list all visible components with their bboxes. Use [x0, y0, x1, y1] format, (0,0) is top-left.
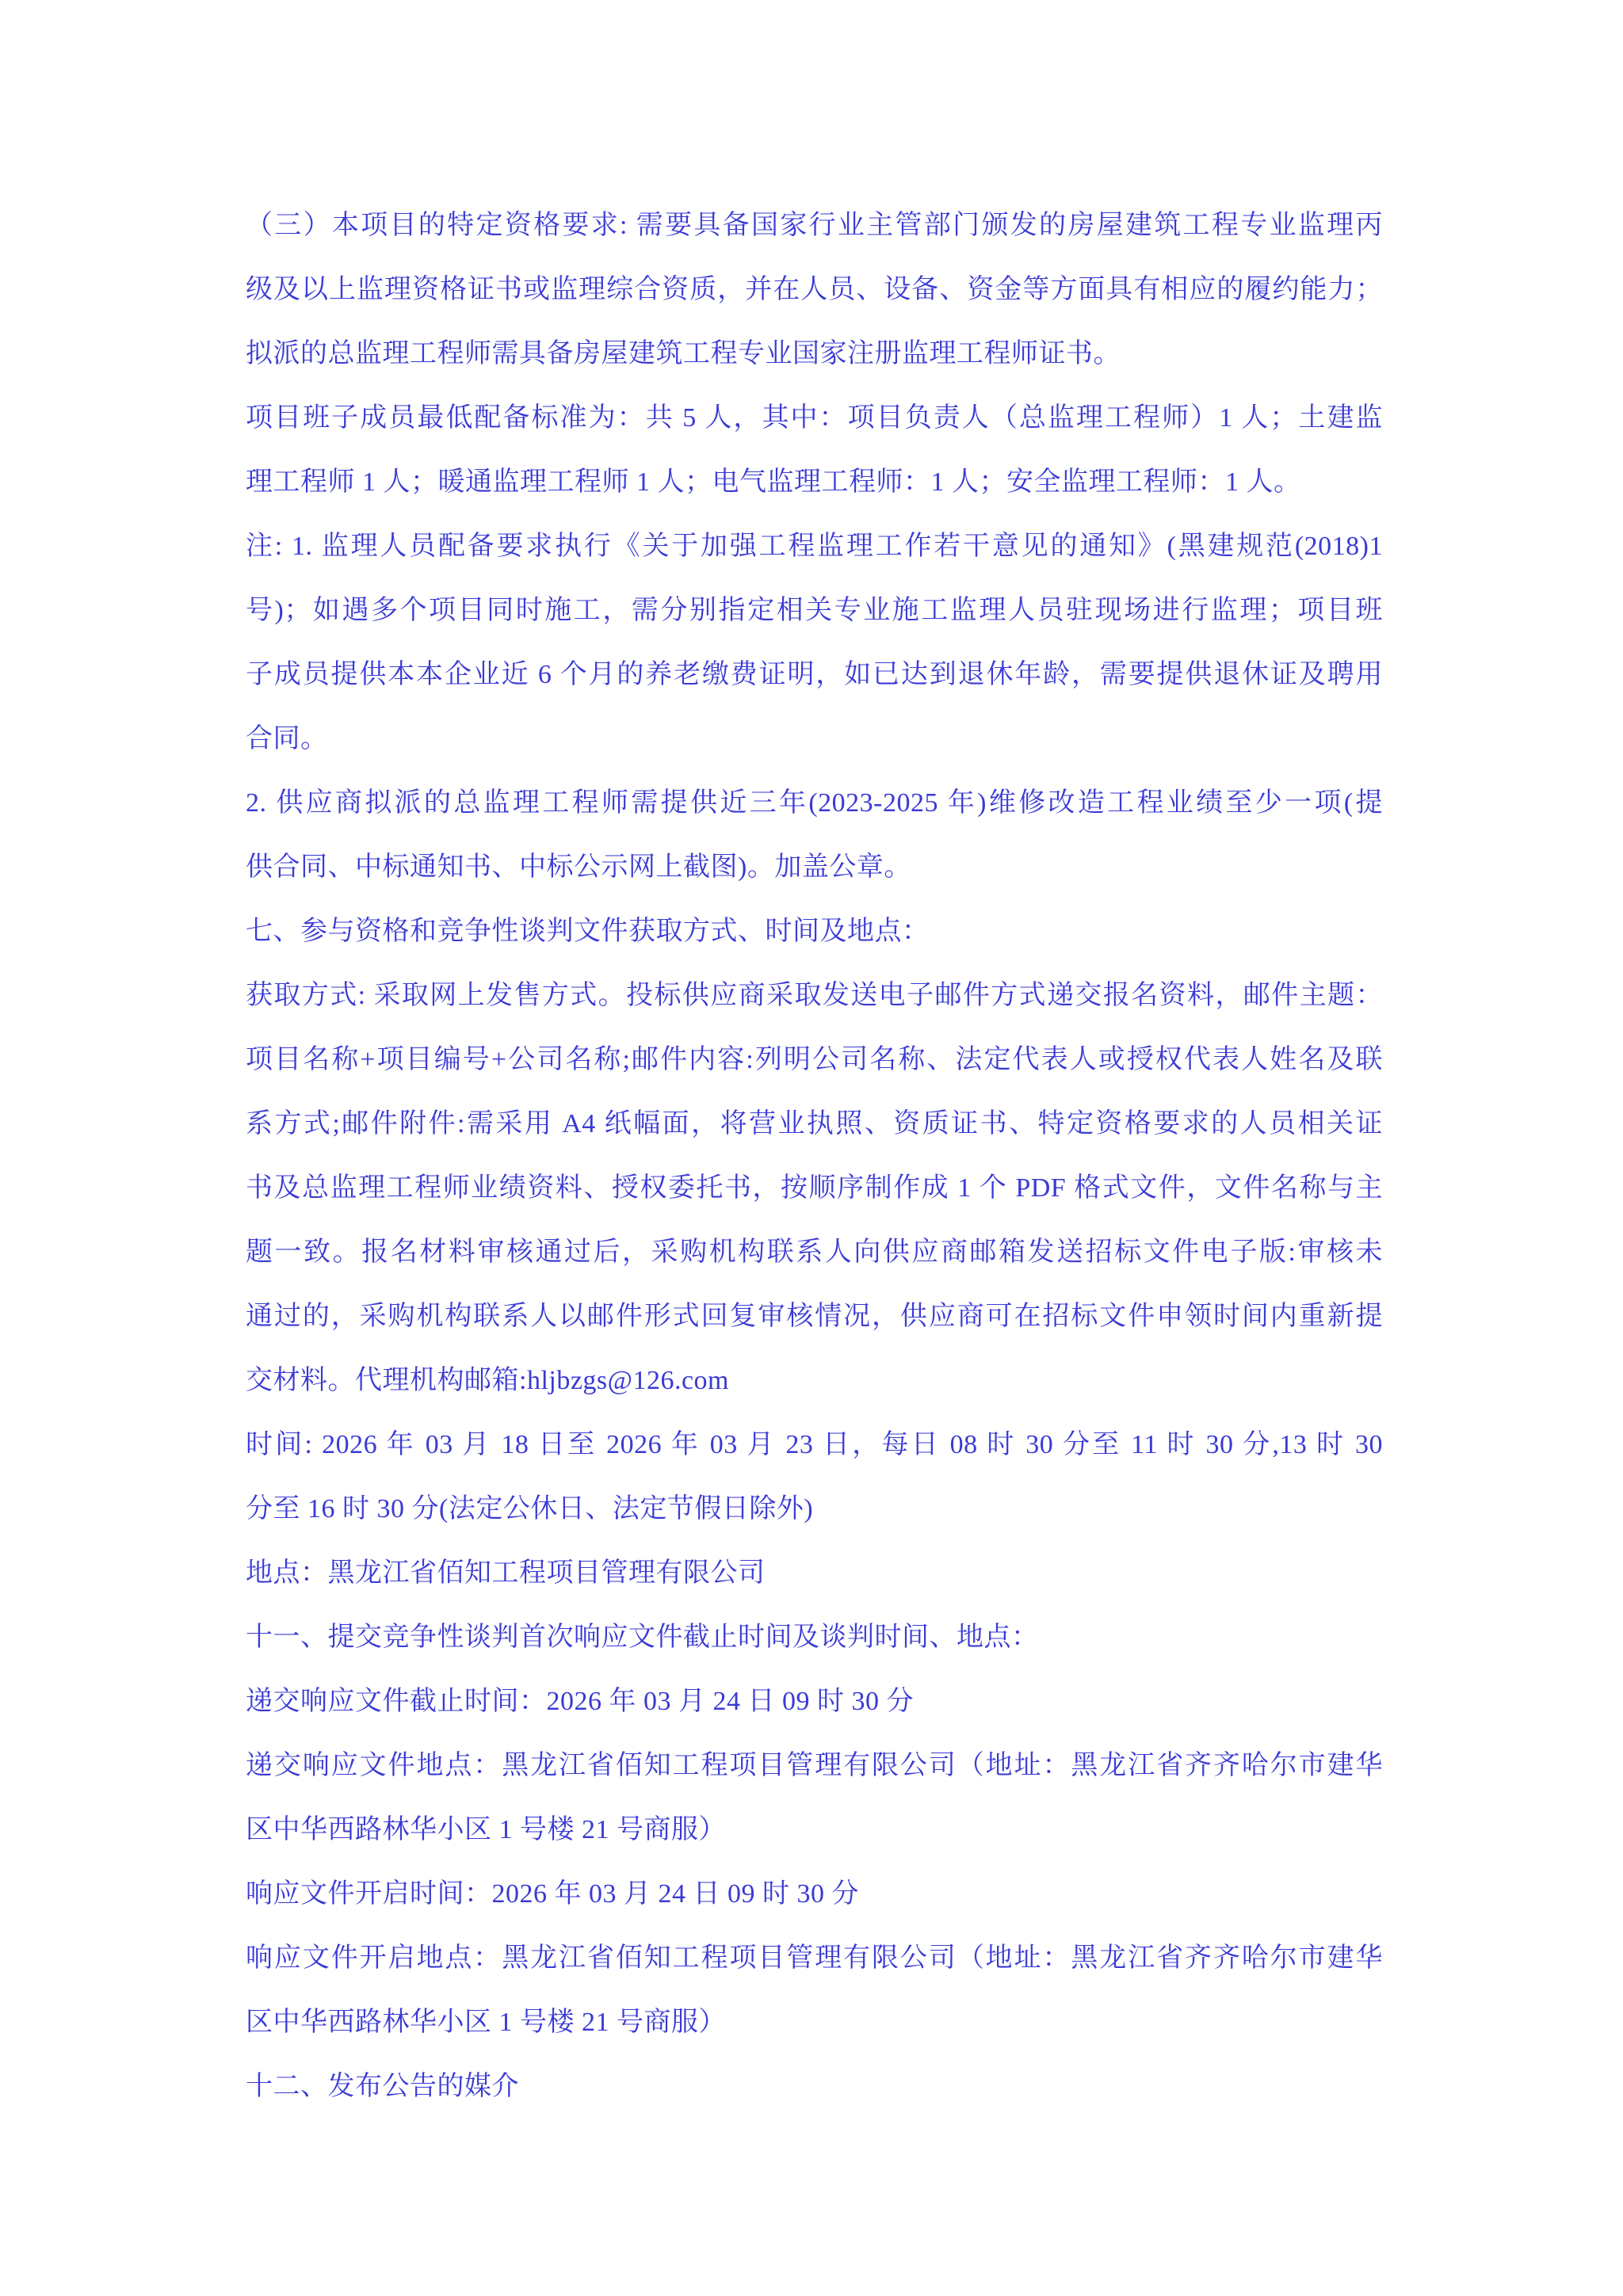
doc-line: 2. 供应商拟派的总监理工程师需提供近三年(2023-2025 年)维修改造工程… — [246, 771, 1383, 835]
doc-line: 号)；如遇多个项目同时施工，需分别指定相关专业施工监理人员驻现场进行监理；项目班 — [246, 578, 1383, 643]
doc-line: 合同。 — [246, 707, 1383, 771]
doc-line: 项目名称+项目编号+公司名称;邮件内容:列明公司名称、法定代表人或授权代表人姓名… — [246, 1028, 1383, 1092]
doc-line-note: 注: 1. 监理人员配备要求执行《关于加强工程监理工作若干意见的通知》(黑建规范… — [246, 514, 1383, 578]
doc-line-deadline: 递交响应文件截止时间：2026 年 03 月 24 日 09 时 30 分 — [246, 1669, 1383, 1733]
doc-line: （三）本项目的特定资格要求: 需要具备国家行业主管部门颁发的房屋建筑工程专业监理… — [246, 193, 1383, 257]
doc-line-obtain-method: 获取方式: 采取网上发售方式。投标供应商采取发送电子邮件方式递交报名资料，邮件主… — [246, 963, 1383, 1028]
section-heading-11: 十一、提交竞争性谈判首次响应文件截止时间及谈判时间、地点： — [246, 1605, 1383, 1669]
doc-line: 拟派的总监理工程师需具备房屋建筑工程专业国家注册监理工程师证书。 — [246, 322, 1383, 386]
doc-line: 区中华西路林华小区 1 号楼 21 号商服） — [246, 1798, 1383, 1862]
doc-line: 题一致。报名材料审核通过后，采购机构联系人向供应商邮箱发送招标文件电子版:审核未 — [246, 1220, 1383, 1284]
doc-line-obtain-time: 时间: 2026 年 03 月 18 日至 2026 年 03 月 23 日，每… — [246, 1413, 1383, 1477]
document-page: （三）本项目的特定资格要求: 需要具备国家行业主管部门颁发的房屋建筑工程专业监理… — [0, 0, 1623, 2296]
doc-line-open-time: 响应文件开启时间：2026 年 03 月 24 日 09 时 30 分 — [246, 1862, 1383, 1926]
document-text-block: （三）本项目的特定资格要求: 需要具备国家行业主管部门颁发的房屋建筑工程专业监理… — [246, 193, 1383, 2119]
doc-line: 级及以上监理资格证书或监理综合资质，并在人员、设备、资金等方面具有相应的履约能力… — [246, 257, 1383, 322]
doc-line: 分至 16 时 30 分(法定公休日、法定节假日除外) — [246, 1477, 1383, 1541]
section-heading-7: 七、参与资格和竞争性谈判文件获取方式、时间及地点： — [246, 899, 1383, 963]
doc-line: 书及总监理工程师业绩资料、授权委托书，按顺序制作成 1 个 PDF 格式文件，文… — [246, 1156, 1383, 1220]
doc-line-submit-place: 递交响应文件地点：黑龙江省佰知工程项目管理有限公司（地址：黑龙江省齐齐哈尔市建华 — [246, 1733, 1383, 1798]
section-heading-12: 十二、发布公告的媒介 — [246, 2054, 1383, 2119]
doc-line: 项目班子成员最低配备标准为：共 5 人，其中：项目负责人（总监理工程师）1 人；… — [246, 386, 1383, 450]
doc-line: 区中华西路林华小区 1 号楼 21 号商服） — [246, 1990, 1383, 2054]
doc-line: 供合同、中标通知书、中标公示网上截图)。加盖公章。 — [246, 835, 1383, 899]
doc-line: 理工程师 1 人；暖通监理工程师 1 人；电气监理工程师：1 人；安全监理工程师… — [246, 450, 1383, 514]
doc-line: 子成员提供本本企业近 6 个月的养老缴费证明，如已达到退休年龄，需要提供退休证及… — [246, 643, 1383, 707]
doc-line-open-place: 响应文件开启地点：黑龙江省佰知工程项目管理有限公司（地址：黑龙江省齐齐哈尔市建华 — [246, 1926, 1383, 1990]
doc-line-agency-email: 交材料。代理机构邮箱:hljbzgs@126.com — [246, 1348, 1383, 1413]
doc-line-obtain-place: 地点：黑龙江省佰知工程项目管理有限公司 — [246, 1541, 1383, 1605]
doc-line: 通过的，采购机构联系人以邮件形式回复审核情况，供应商可在招标文件申领时间内重新提 — [246, 1284, 1383, 1348]
doc-line: 系方式;邮件附件:需采用 A4 纸幅面，将营业执照、资质证书、特定资格要求的人员… — [246, 1092, 1383, 1156]
